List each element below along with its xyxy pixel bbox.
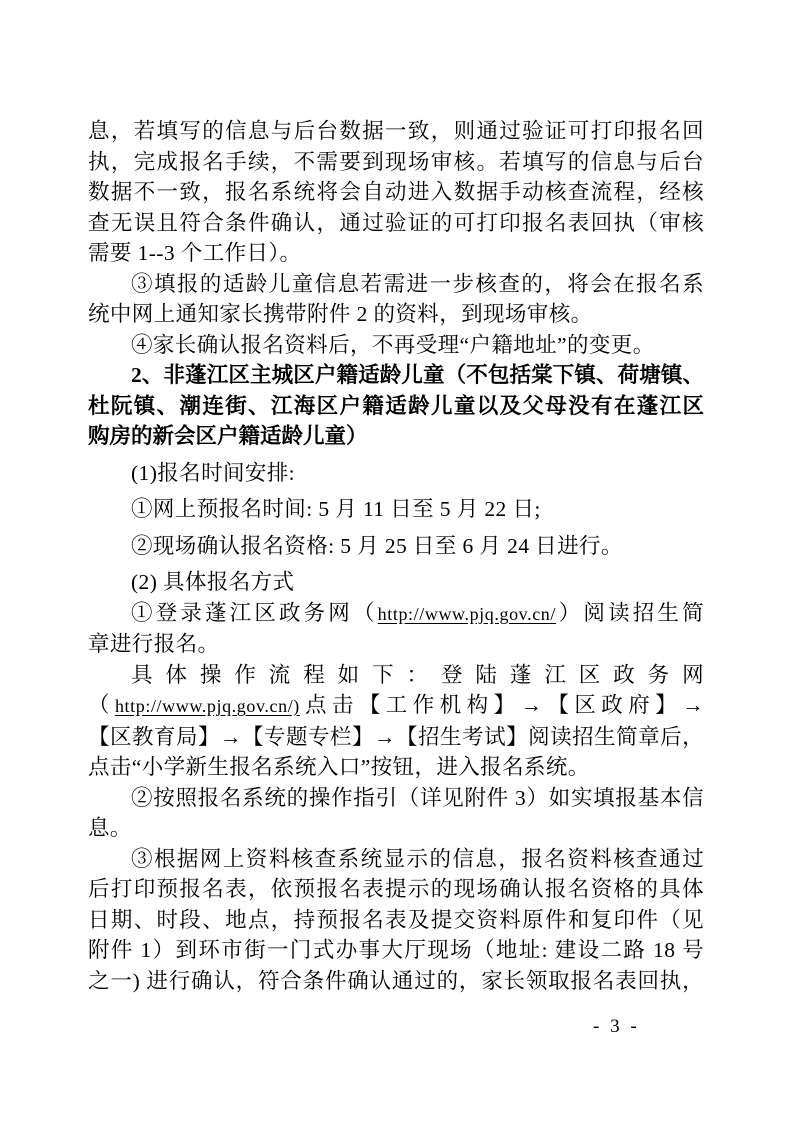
text-line: 附件 1）到环市街一门式办事大厅现场（地址: 建设二路 18 号 <box>88 935 704 966</box>
text-line: ①登录蓬江区政务网（http://www.pjq.gov.cn/）阅读招生简 <box>88 598 704 630</box>
text-line: ①网上预报名时间: 5 月 11 日至 5 月 22 日; <box>88 494 704 525</box>
text-line: 点击“小学新生报名系统入口”按钮，进入报名系统。 <box>88 752 704 783</box>
text-line: (1)报名时间安排: <box>88 458 704 489</box>
text-line: 之一) 进行确认，符合条件确认通过的，家长领取报名表回执， <box>88 966 704 997</box>
text-line: ③填报的适龄儿童信息若需进一步核查的，将会在报名系 <box>88 269 704 300</box>
url-link[interactable]: http://www.pjq.gov.cn/ <box>378 604 556 624</box>
text-line: 数据不一致，报名系统将会自动进入数据手动核查流程，经核 <box>88 177 704 208</box>
text-line: ②现场确认报名资格: 5 月 25 日至 6 月 24 日进行。 <box>88 531 704 562</box>
text-line: （http://www.pjq.gov.cn/)点击【工作机构】→【区政府】→ <box>88 690 704 722</box>
text-line: 查无误且符合条件确认，通过验证的可打印报名表回执（审核 <box>88 208 704 239</box>
text-line: ③根据网上资料核查系统显示的信息，报名资料核查通过 <box>88 844 704 875</box>
text-line: 具体操作流程如下：登陆蓬江区政务网 <box>88 660 704 691</box>
text-line: 日期、时段、地点，持预报名表及提交资料原件和复印件（见 <box>88 905 704 936</box>
page-number: - 3 - <box>593 1016 640 1038</box>
text-line: 章进行报名。 <box>88 629 704 660</box>
text-line: 【区教育局】→【专题专栏】→【招生考试】阅读招生简章后， <box>88 722 704 753</box>
text-segment: ①登录蓬江区政务网（ <box>131 601 378 625</box>
text-line: 需要 1--3 个工作日）。 <box>88 238 704 269</box>
heading-line: 2、非蓬江区主城区户籍适龄儿童（不包括棠下镇、荷塘镇、 <box>88 360 704 391</box>
text-segment: （ <box>88 693 115 717</box>
document-body: 息，若填写的信息与后台数据一致，则通过验证可打印报名回 执，完成报名手续，不需要… <box>88 116 704 996</box>
text-line: (2) 具体报名方式 <box>88 567 704 598</box>
text-segment: ）阅读招生简 <box>556 601 704 625</box>
url-link[interactable]: http://www.pjq.gov.cn/) <box>115 696 300 716</box>
text-segment: 点击【工作机构】→【区政府】→ <box>300 693 704 717</box>
text-line: 息。 <box>88 813 704 844</box>
heading-line: 购房的新会区户籍适龄儿童） <box>88 421 704 452</box>
text-line: ④家长确认报名资料后，不再受理“户籍地址”的变更。 <box>88 330 704 361</box>
text-line: 后打印预报名表，依预报名表提示的现场确认报名资格的具体 <box>88 874 704 905</box>
heading-line: 杜阮镇、潮连街、江海区户籍适龄儿童以及父母没有在蓬江区 <box>88 391 704 422</box>
document-page: { "doc": { "language": "zh-CN", "text_co… <box>0 0 793 1123</box>
text-line: 统中网上通知家长携带附件 2 的资料，到现场审核。 <box>88 299 704 330</box>
text-line: 执，完成报名手续，不需要到现场审核。若填写的信息与后台 <box>88 147 704 178</box>
text-line: 息，若填写的信息与后台数据一致，则通过验证可打印报名回 <box>88 116 704 147</box>
text-line: ②按照报名系统的操作指引（详见附件 3）如实填报基本信 <box>88 783 704 814</box>
